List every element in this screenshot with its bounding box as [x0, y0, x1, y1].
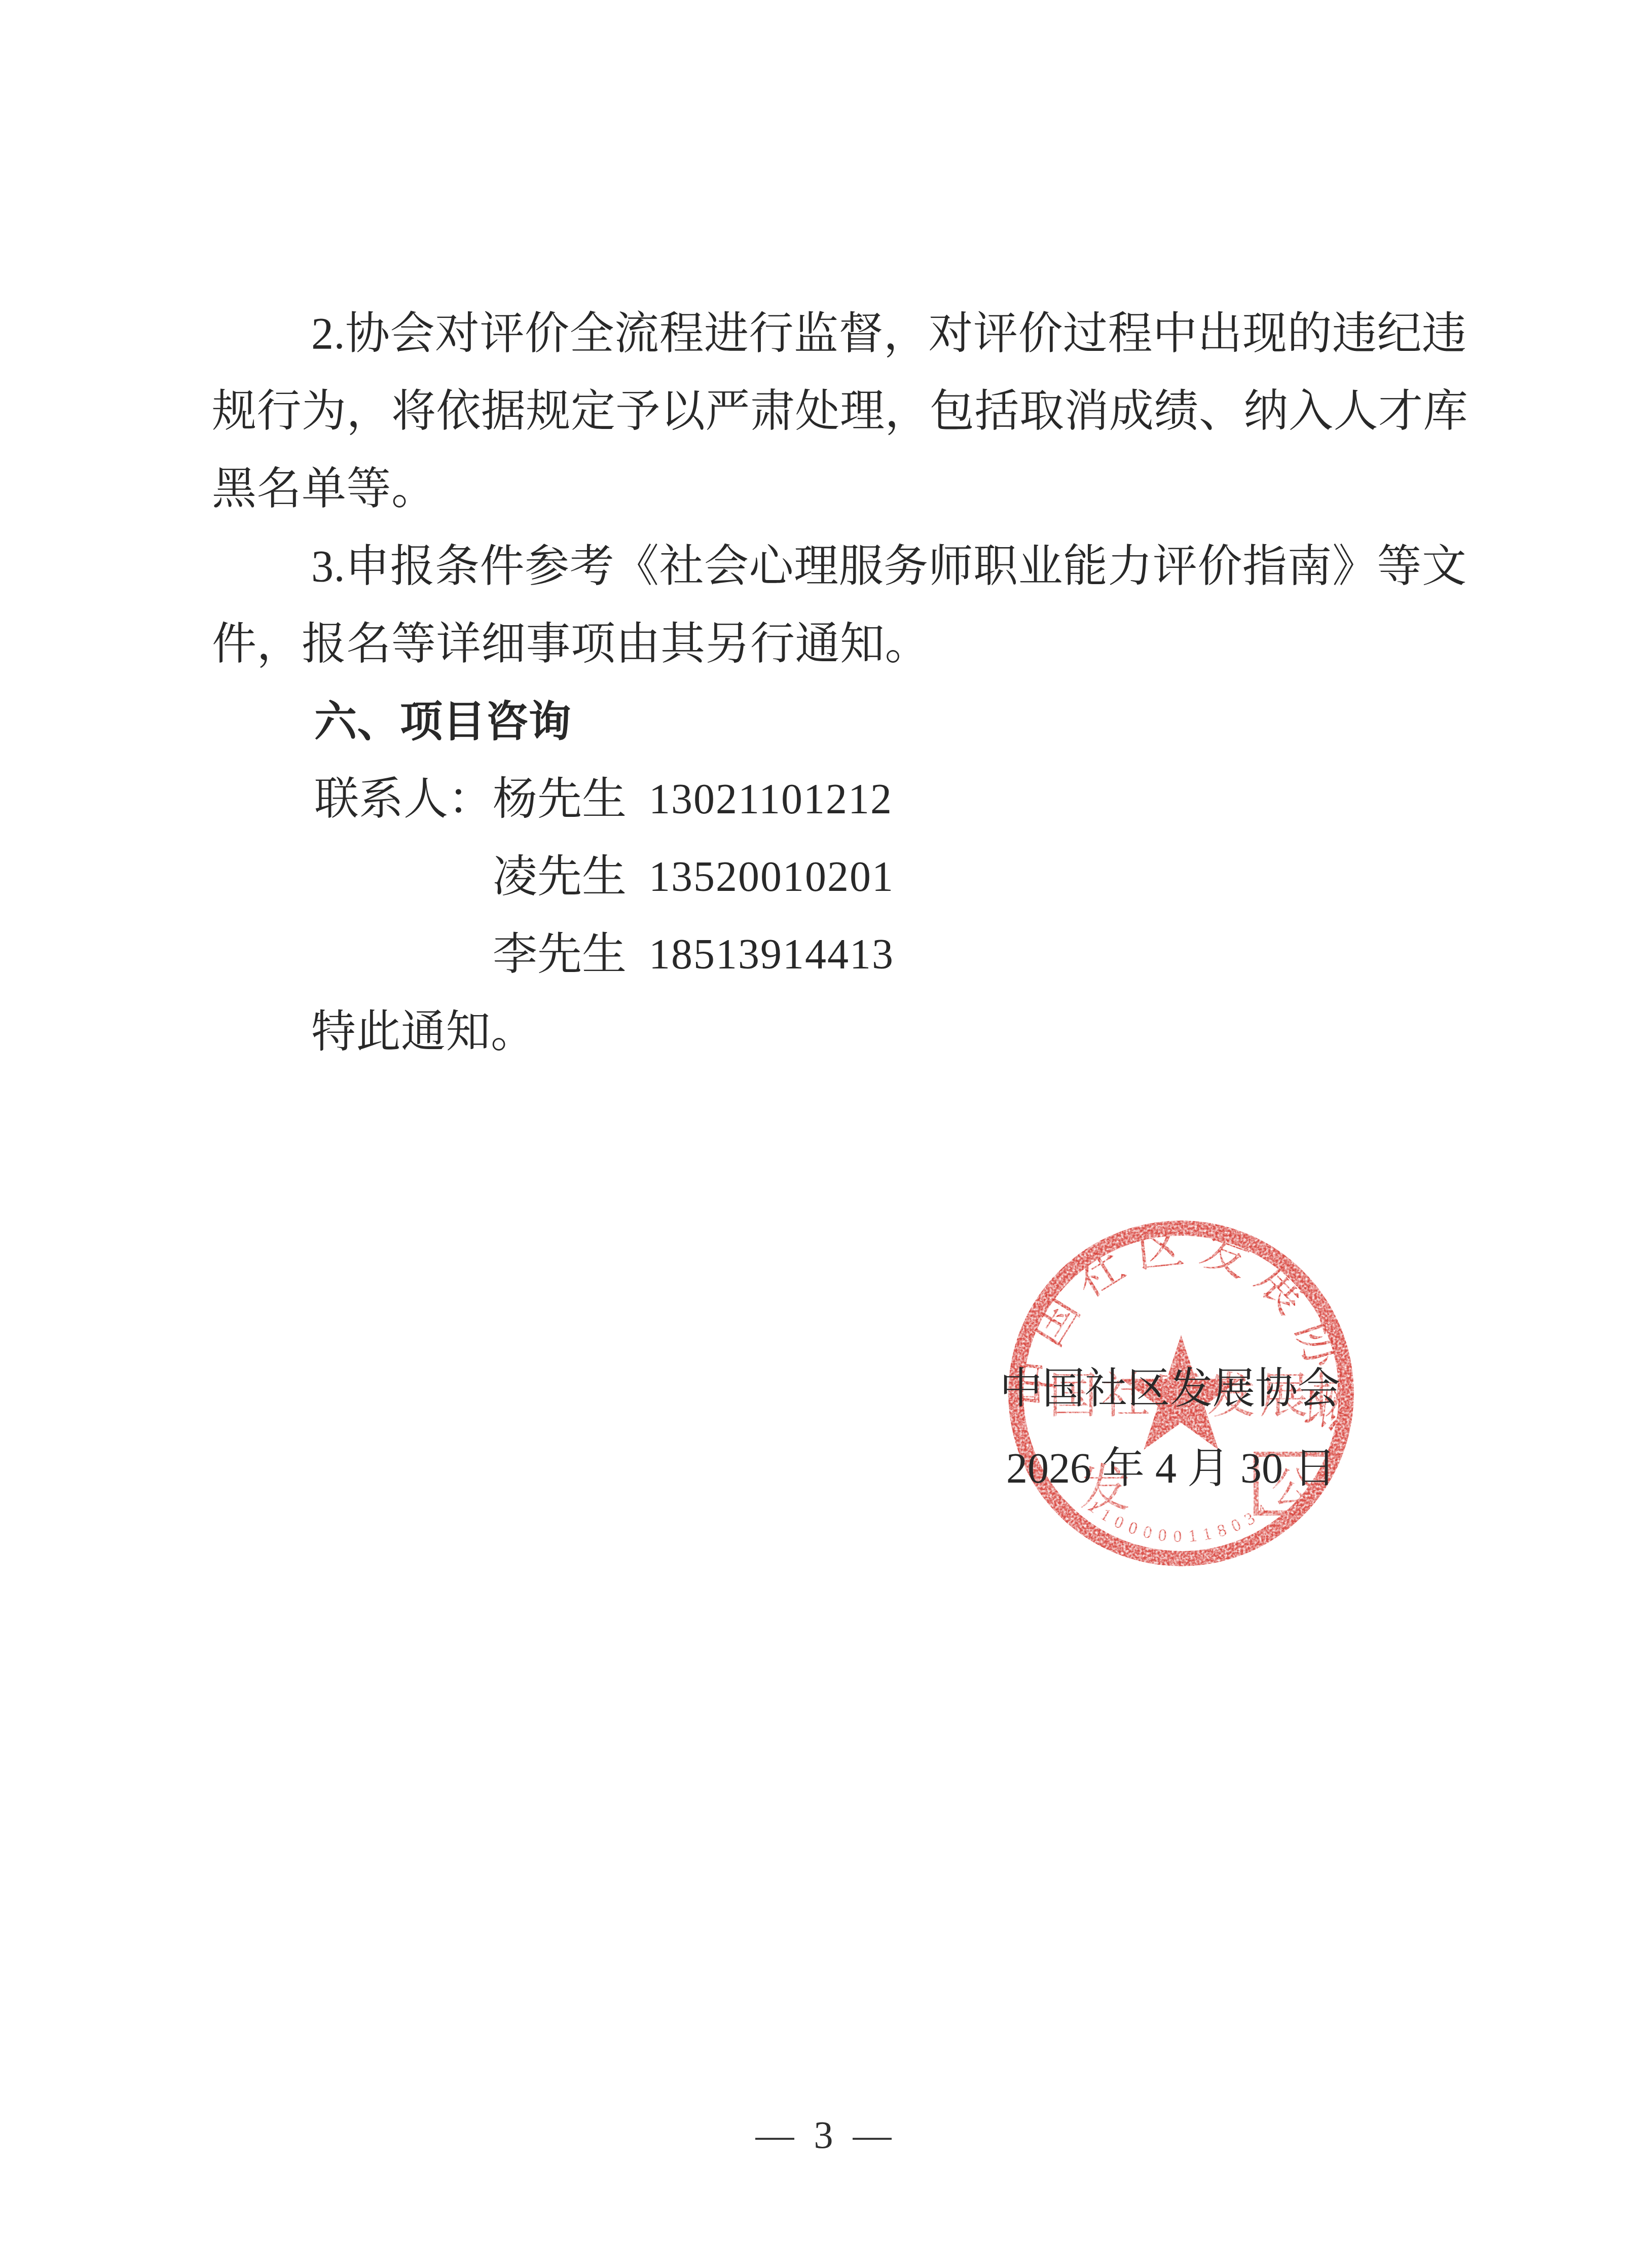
paragraph-2-line-1: 2.协会对评价全流程进行监督，对评价过程中出现的违纪违 — [212, 295, 1469, 373]
contact-name: 凌先生 — [493, 838, 627, 916]
paragraph-3-line-1: 3.申报条件参考《社会心理服务师职业能力评价指南》等文 — [212, 528, 1469, 605]
contact-row-1: 联系人： 杨先生 13021101212 — [212, 761, 1469, 838]
paragraph-3-line-2: 件，报名等详细事项由其另行通知。 — [212, 605, 1469, 683]
contact-row-2: 凌先生 13520010201 — [212, 838, 1469, 916]
closing-line: 特此通知。 — [212, 993, 1469, 1071]
paragraph-2-line-2: 规行为，将依据规定予以严肃处理，包括取消成绩、纳入人才库 — [212, 373, 1469, 450]
contact-label-spacer — [314, 838, 493, 916]
section-heading: 六、项目咨询 — [212, 683, 1469, 761]
signature-date: 2026 年 4 月 30 日 — [1006, 1448, 1336, 1490]
official-seal: 中国社区发展协会 中国社区发展协会 1100000118034 发 公 — [953, 1181, 1460, 1688]
paragraph-2-line-3: 黑名单等。 — [212, 450, 1469, 528]
contact-phone: 18513914413 — [649, 916, 894, 993]
contact-name: 杨先生 — [493, 761, 627, 838]
contact-name: 李先生 — [493, 916, 627, 993]
page-number: — 3 — — [0, 2113, 1652, 2157]
contact-row-3: 李先生 18513914413 — [212, 916, 1469, 993]
contact-label-spacer — [314, 916, 493, 993]
contact-phone: 13520010201 — [649, 838, 894, 916]
signature-organization: 中国社区发展协会 — [1000, 1368, 1340, 1411]
notice-body: 2.协会对评价全流程进行监督，对评价过程中出现的违纪违 规行为，将依据规定予以严… — [212, 295, 1469, 1071]
contact-phone: 13021101212 — [649, 761, 893, 838]
contact-label: 联系人： — [314, 761, 493, 838]
document-page: 2.协会对评价全流程进行监督，对评价过程中出现的违纪违 规行为，将依据规定予以严… — [0, 0, 1652, 2266]
